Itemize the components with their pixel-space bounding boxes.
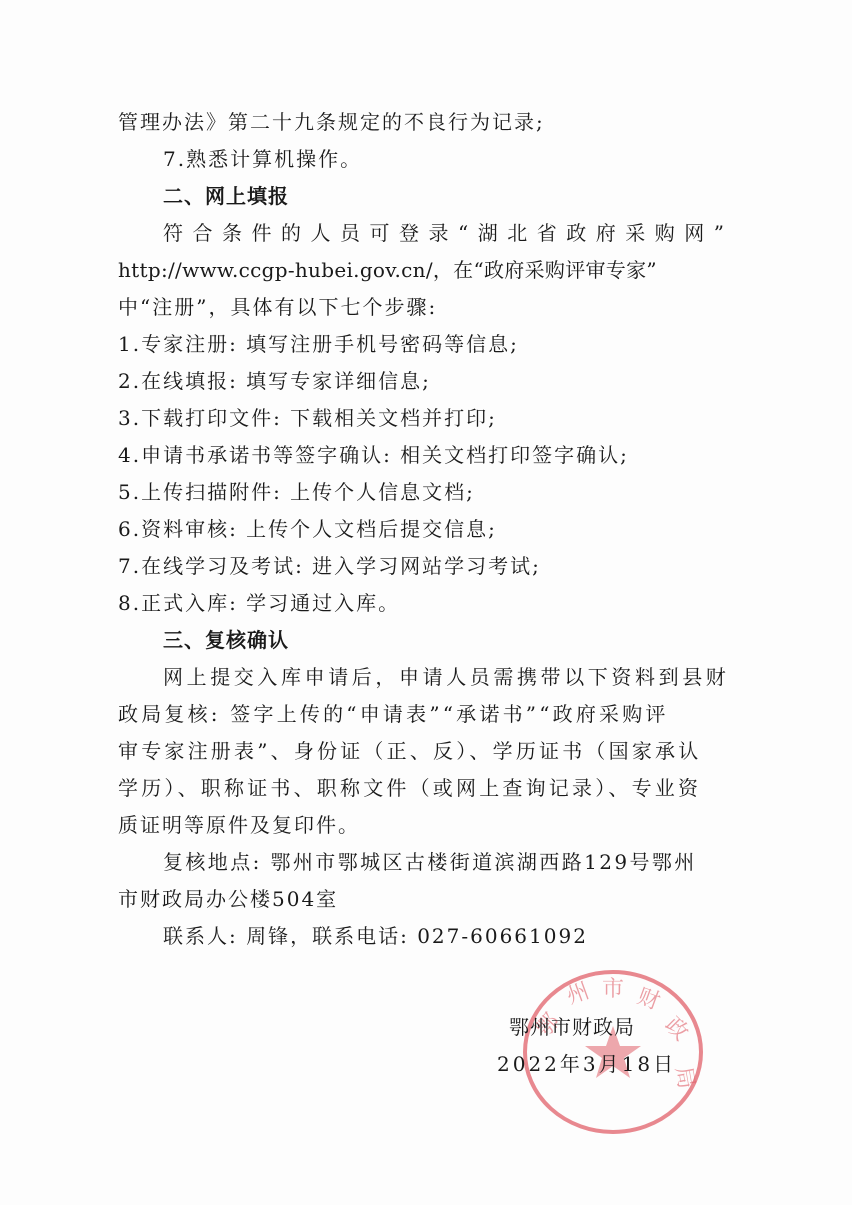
step-item: 6.资料审核: 上传个人文档后提交信息; (118, 515, 497, 543)
text-line: 质证明等原件及复印件。 (118, 811, 360, 839)
text-line: 政局复核: 签字上传的“申请表”“承诺书”“政府采购评 (118, 700, 669, 728)
step-item: 2.在线填报: 填写专家详细信息; (118, 367, 431, 395)
step-item: 1.专家注册: 填写注册手机号密码等信息; (118, 330, 519, 358)
text-line: 中“注册”，具体有以下七个步骤: (118, 293, 437, 321)
svg-text:市: 市 (602, 977, 624, 1002)
document-page: 管理办法》第二十九条规定的不良行为记录; 7.熟悉计算机操作。 二、网上填报 符… (0, 0, 852, 1205)
step-item: 5.上传扫描附件: 上传个人信息文档; (118, 478, 475, 506)
text-line: 学历）、职称证书、职称文件（或网上查询记录）、专业资 (118, 774, 701, 802)
text-line: 管理办法》第二十九条规定的不良行为记录; (118, 108, 545, 136)
url-line: http://www.ccgp-hubei.gov.cn/，在“政府采购评审专家… (118, 256, 657, 284)
section-heading: 二、网上填报 (163, 182, 289, 210)
step-item: 8.正式入库: 学习通过入库。 (118, 589, 400, 617)
requirement-item: 7.熟悉计算机操作。 (163, 145, 362, 173)
address-line: 复核地点: 鄂州市鄂城区古楼街道滨湖西路129号鄂州 (163, 848, 697, 876)
text-line: 审专家注册表”、身份证（正、反）、学历证书（国家承认 (118, 737, 701, 765)
text-line: 网上提交入库申请后，申请人员需携带以下资料到县财 (163, 663, 729, 691)
step-item: 4.申请书承诺书等签字确认: 相关文档打印签字确认; (118, 441, 629, 469)
text-line: 符合条件的人员可登录“湖北省政府采购网” (163, 219, 733, 247)
contact-line: 联系人: 周锋，联系电话: 027-60661092 (163, 922, 588, 950)
issue-date: 2022年3月18日 (497, 1050, 676, 1078)
svg-text:财: 财 (634, 984, 663, 1015)
address-line: 市财政局办公楼504室 (118, 885, 338, 913)
step-item: 7.在线学习及考试: 进入学习网站学习考试; (118, 552, 541, 580)
svg-text:政: 政 (660, 1013, 693, 1046)
step-item: 3.下载打印文件: 下载相关文档并打印; (118, 404, 497, 432)
section-heading: 三、复核确认 (163, 626, 289, 654)
issuer-name: 鄂州市财政局 (509, 1013, 635, 1041)
